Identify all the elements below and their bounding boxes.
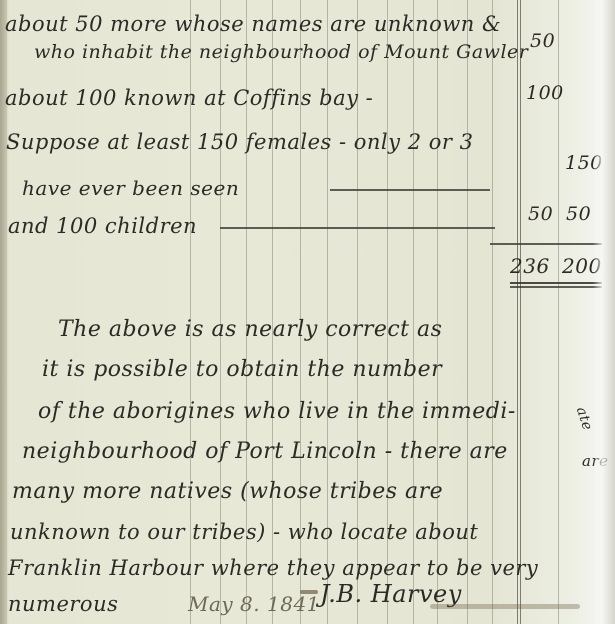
note-line-1: The above is as nearly correct as xyxy=(58,318,442,342)
note-line-5: many more natives (whose tribes are xyxy=(12,480,443,504)
note-line-6: unknown to our tribes) - who locate abou… xyxy=(10,520,478,544)
entry-1-col1: 50 xyxy=(530,30,555,52)
note-line-4: neighbourhood of Port Lincoln - there ar… xyxy=(22,440,508,464)
entry-2-col1: 100 xyxy=(526,82,564,104)
ledger-rule-double xyxy=(520,0,521,624)
note-line-3: of the aborigines who live in the immedi… xyxy=(38,400,516,424)
protective-sleeve-edge xyxy=(593,0,615,624)
entry-1-line-1: about 50 more whose names are unknown & xyxy=(5,12,501,36)
entry-1-line-2: who inhabit the neighbourhood of Mount G… xyxy=(34,40,528,64)
totals-rule-top xyxy=(490,243,602,245)
totals-rule-bottom-2 xyxy=(510,286,602,288)
signature-flourish-stain xyxy=(430,604,580,609)
entry-4-line-1: and 100 children xyxy=(8,214,197,238)
entry-2-line-1: about 100 known at Coffins bay - xyxy=(5,86,373,110)
entry-4-col2: 50 xyxy=(566,203,591,225)
entry-4-col1: 50 xyxy=(528,203,553,225)
totals-rule-bottom-1 xyxy=(510,282,602,284)
note-line-7: Franklin Harbour where they appear to be… xyxy=(8,556,538,580)
ledger-page: about 50 more whose names are unknown & … xyxy=(0,0,615,624)
entry-4-fill-line xyxy=(220,227,495,229)
note-line-2: it is possible to obtain the number xyxy=(42,358,442,382)
note-margin-continuation: ate xyxy=(573,405,596,433)
document-date: May 8. 1841 xyxy=(188,592,320,616)
total-col1: 236 xyxy=(510,254,550,278)
note-line-8: numerous xyxy=(8,592,118,616)
ink-blot xyxy=(300,590,318,594)
entry-3-line-2: have ever been seen xyxy=(22,176,239,200)
entry-3-line-1: Suppose at least 150 females - only 2 or… xyxy=(6,130,473,154)
ledger-rule xyxy=(492,0,493,624)
ledger-rule-double xyxy=(517,0,518,624)
entry-3-fill-line xyxy=(330,189,490,191)
